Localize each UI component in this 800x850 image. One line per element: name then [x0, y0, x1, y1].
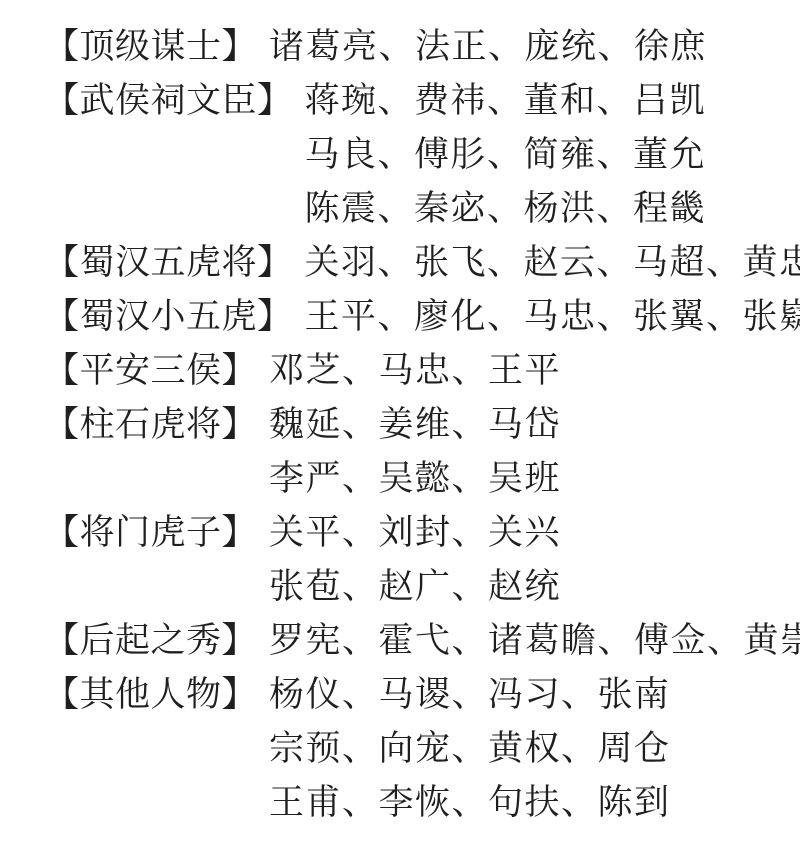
name-line: 王平、廖化、马忠、张翼、张嶷	[305, 290, 800, 344]
name-line: 关羽、张飞、赵云、马超、黄忠	[305, 236, 800, 290]
name-line: 关平、刘封、关兴	[269, 506, 561, 560]
name-line: 张苞、赵广、赵统	[269, 560, 561, 614]
section-header: 【柱石虎将】	[44, 398, 257, 452]
section-five-tiger-generals: 【蜀汉五虎将】 关羽、张飞、赵云、马超、黄忠	[44, 236, 790, 290]
name-line: 邓芝、马忠、王平	[269, 344, 561, 398]
name-line: 魏延、姜维、马岱	[269, 398, 561, 452]
section-header: 【顶级谋士】	[44, 20, 257, 74]
section-name-lines: 杨仪、马谡、冯习、张南 宗预、向宠、黄权、周仓 王甫、李恢、句扶、陈到	[269, 668, 671, 830]
section-header: 【平安三侯】	[44, 344, 257, 398]
name-line: 李严、吴懿、吴班	[269, 452, 561, 506]
name-line: 宗预、向宠、黄权、周仓	[269, 722, 671, 776]
section-name-lines: 诸葛亮、法正、庞统、徐庶	[269, 20, 707, 74]
character-list-document: 【顶级谋士】 诸葛亮、法正、庞统、徐庶 【武侯祠文臣】 蒋琬、费祎、董和、吕凯 …	[0, 0, 800, 846]
name-line: 马良、傅肜、简雍、董允	[305, 128, 707, 182]
section-header: 【将门虎子】	[44, 506, 257, 560]
name-line: 诸葛亮、法正、庞统、徐庶	[269, 20, 707, 74]
section-three-pingan-marquises: 【平安三侯】 邓芝、马忠、王平	[44, 344, 790, 398]
section-other-figures: 【其他人物】 杨仪、马谡、冯习、张南 宗预、向宠、黄权、周仓 王甫、李恢、句扶、…	[44, 668, 790, 830]
section-name-lines: 邓芝、马忠、王平	[269, 344, 561, 398]
section-header: 【武侯祠文臣】	[44, 74, 293, 128]
name-line: 蒋琬、费祎、董和、吕凯	[305, 74, 707, 128]
section-header: 【后起之秀】	[44, 614, 257, 668]
section-name-lines: 关羽、张飞、赵云、马超、黄忠	[305, 236, 800, 290]
section-name-lines: 蒋琬、费祎、董和、吕凯 马良、傅肜、简雍、董允 陈震、秦宓、杨洪、程畿	[305, 74, 707, 236]
name-line: 王甫、李恢、句扶、陈到	[269, 776, 671, 830]
section-pillar-tiger-generals: 【柱石虎将】 魏延、姜维、马岱 李严、吴懿、吴班	[44, 398, 790, 506]
section-header: 【其他人物】	[44, 668, 257, 722]
section-minor-five-tigers: 【蜀汉小五虎】 王平、廖化、马忠、张翼、张嶷	[44, 290, 790, 344]
section-header: 【蜀汉小五虎】	[44, 290, 293, 344]
name-line: 罗宪、霍弋、诸葛瞻、傅佥、黄崇	[269, 614, 800, 668]
section-name-lines: 魏延、姜维、马岱 李严、吴懿、吴班	[269, 398, 561, 506]
section-top-strategists: 【顶级谋士】 诸葛亮、法正、庞统、徐庶	[44, 20, 790, 74]
section-name-lines: 关平、刘封、关兴 张苞、赵广、赵统	[269, 506, 561, 614]
section-name-lines: 王平、廖化、马忠、张翼、张嶷	[305, 290, 800, 344]
section-wuhou-shrine-civil-officials: 【武侯祠文臣】 蒋琬、费祎、董和、吕凯 马良、傅肜、简雍、董允 陈震、秦宓、杨洪…	[44, 74, 790, 236]
section-tiger-sons-of-generals: 【将门虎子】 关平、刘封、关兴 张苞、赵广、赵统	[44, 506, 790, 614]
name-line: 陈震、秦宓、杨洪、程畿	[305, 182, 707, 236]
section-name-lines: 罗宪、霍弋、诸葛瞻、傅佥、黄崇	[269, 614, 800, 668]
section-rising-stars: 【后起之秀】 罗宪、霍弋、诸葛瞻、傅佥、黄崇	[44, 614, 790, 668]
section-header: 【蜀汉五虎将】	[44, 236, 293, 290]
name-line: 杨仪、马谡、冯习、张南	[269, 668, 671, 722]
